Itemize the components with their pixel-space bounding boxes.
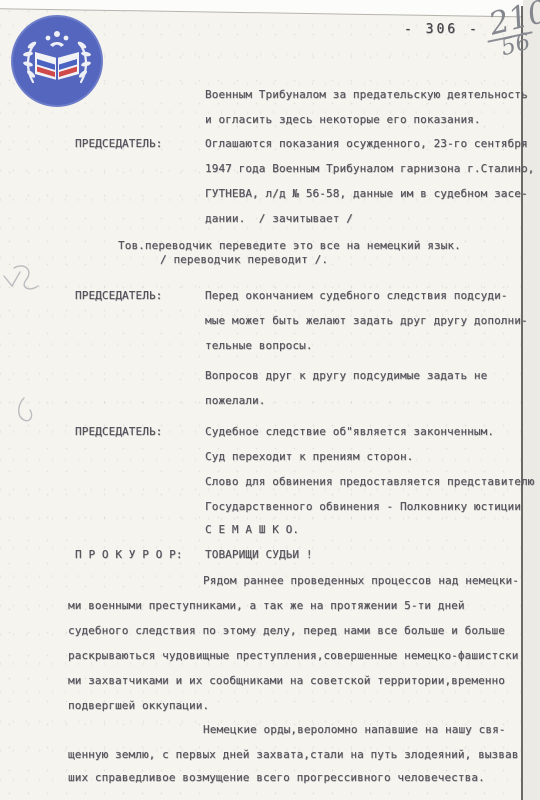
transcript-line: судебного следствия по этому делу, перед…: [68, 624, 505, 637]
transcript-line: и огласить здесь некоторые его показания…: [205, 113, 481, 126]
speaker-label-chairman: ПРЕДСЕДАТЕЛЬ:: [75, 289, 162, 302]
transcript-line: ТОВАРИЩИ СУДЬИ !: [205, 548, 313, 561]
transcript-line: пожелали.: [205, 394, 266, 407]
page-number: - 306 -: [404, 22, 480, 37]
transcript-line: Оглашаются показания осужденного, 23-го …: [205, 137, 528, 150]
transcript-line: С Е М А Ш К О.: [205, 523, 299, 536]
transcript-line: / переводчик переводит /.: [160, 253, 328, 266]
transcript-line: ГУТНЕВА, л/д № 56-58, данные им в судебн…: [205, 187, 528, 200]
transcript-line: ших справедливое возмущение всего прогре…: [68, 771, 485, 784]
speaker-label-chairman: ПРЕДСЕДАТЕЛЬ:: [75, 137, 162, 150]
scanned-document-page: { "page": { "page_number": "- 306 -", "h…: [0, 0, 540, 800]
transcript-line: Военным Трибуналом за предательскую деят…: [205, 88, 528, 101]
scan-right-band: [523, 0, 540, 800]
transcript-line: раскрываються чудовищные преступления,со…: [68, 649, 518, 662]
transcript-line: подвергшей оккупации.: [68, 699, 209, 712]
transcript-line: Слово для обвинения предоставляется пред…: [205, 475, 534, 488]
transcript-line: Немецкие орды,вероломно напавшие на нашу…: [203, 723, 506, 736]
transcript-line: Тов.переводчик переведите это все на нем…: [118, 239, 461, 252]
transcript-line: ми захватчиками и их сообщниками на сове…: [68, 674, 505, 687]
speaker-label-prosecutor: П Р О К У Р О Р:: [75, 548, 183, 561]
transcript-line: Рядом раннее проведенных процессов над н…: [203, 574, 519, 587]
transcript-line: Перед окончанием судебного следствия под…: [205, 289, 508, 302]
transcript-line: Судебное следствие об"является законченн…: [205, 425, 494, 438]
transcript-line: Вопросов друг к другу подсудимые задать …: [205, 369, 487, 382]
transcript-line: 1947 года Военным Трибуналом гарнизона г…: [205, 162, 534, 175]
transcript-line: тельные вопросы.: [205, 339, 313, 352]
speaker-label-chairman: ПРЕДСЕДАТЕЛЬ:: [75, 425, 162, 438]
page-right-edge: [521, 6, 523, 800]
transcript-line: дании. / зачитывает /: [205, 212, 353, 225]
transcript-line: Суд переходит к прениям сторон.: [205, 450, 413, 463]
transcript-line: мые может быть желают задать друг другу …: [205, 314, 528, 327]
transcript-line: Государственного обвинения - Полковнику …: [205, 500, 521, 513]
transcript-line: ми военными преступниками, а так же на п…: [68, 599, 465, 612]
transcript-line: щенную землю, с первых дней захвата,стал…: [68, 748, 518, 761]
